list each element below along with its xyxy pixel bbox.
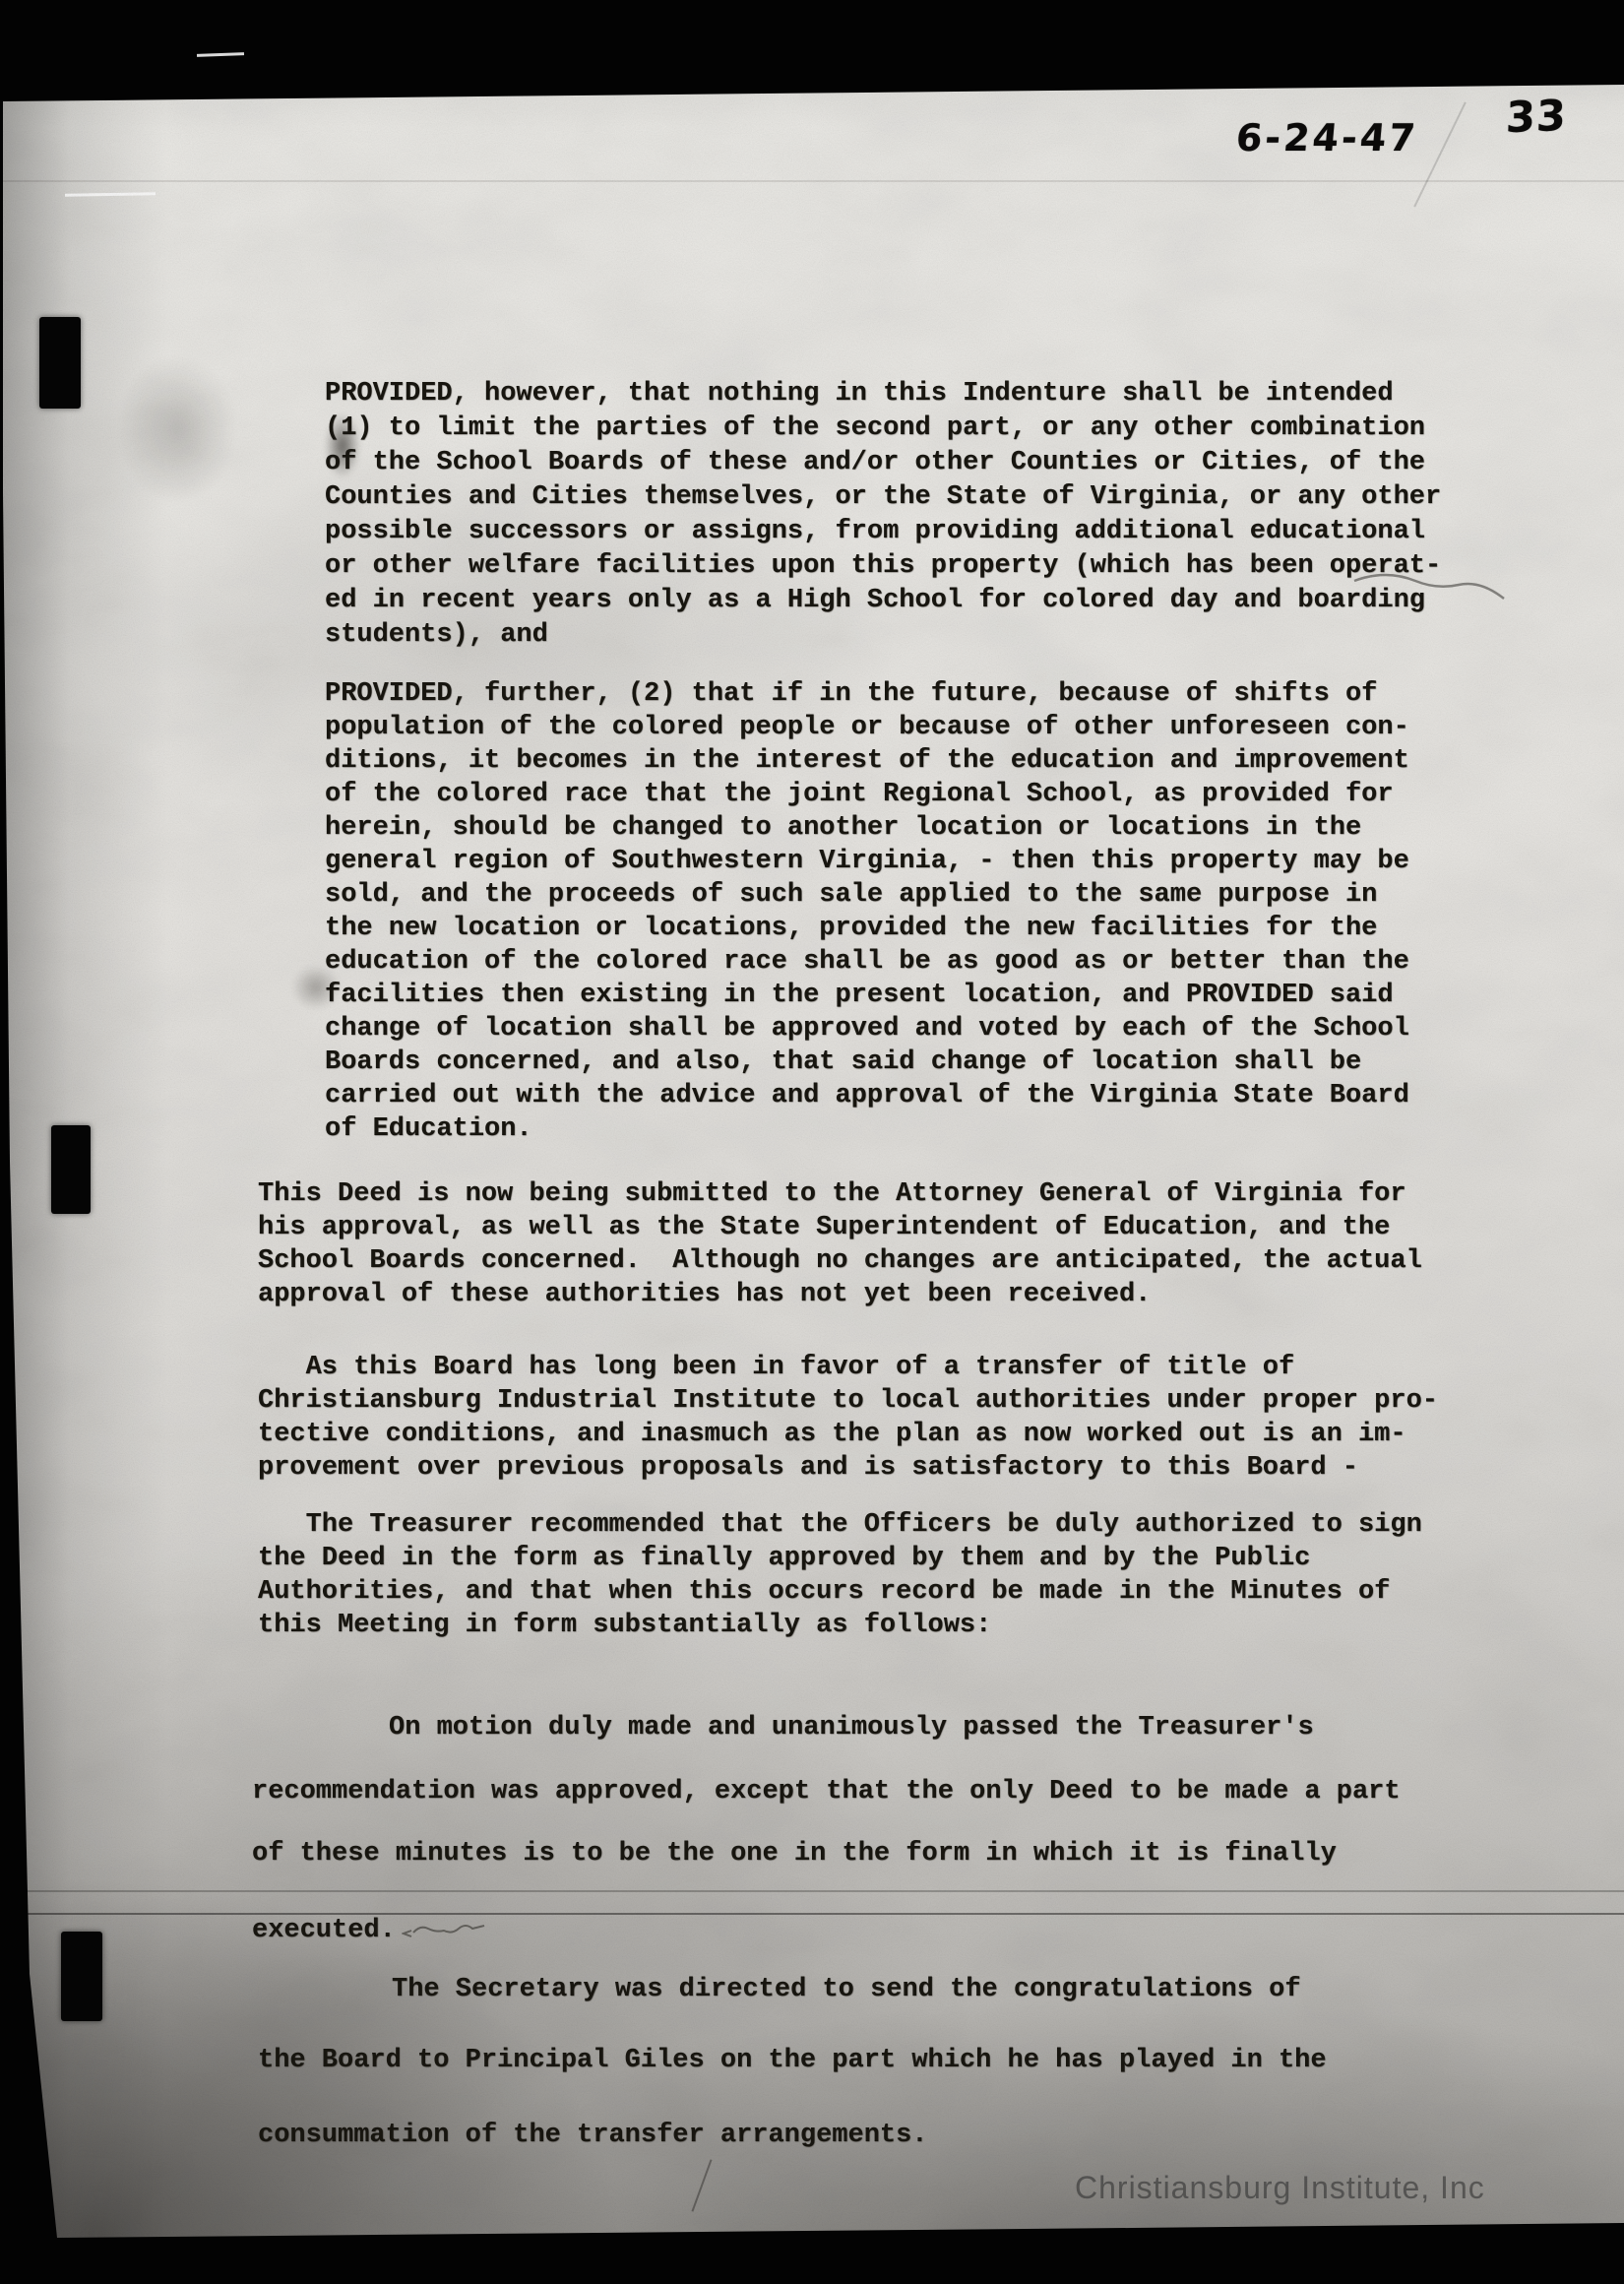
paper-sheet: 6-24-47 33 PROVIDED, however, that nothi… (0, 0, 1624, 2284)
ink-smudge (118, 354, 236, 502)
handwritten-date: 6-24-47 (1234, 116, 1420, 159)
scratch-mark (1413, 102, 1467, 208)
secretary-line-1: The Secretary was directed to send the c… (392, 1975, 1301, 2004)
crease-line (0, 1913, 1624, 1915)
paragraph-deed-submission: This Deed is now being submitted to the … (258, 1177, 1422, 1311)
punch-mark-top (39, 317, 81, 409)
motion-line-2: recommendation was approved, except that… (252, 1777, 1401, 1807)
white-scratch (197, 52, 244, 57)
motion-line-3: of these minutes is to be the one in the… (252, 1839, 1337, 1869)
secretary-line-3: consummation of the transfer arrangement… (258, 2121, 928, 2150)
paragraph-provided-2: PROVIDED, further, (2) that if in the fu… (325, 677, 1409, 1146)
paragraph-treasurer-recommendation: The Treasurer recommended that the Offic… (258, 1508, 1422, 1642)
crease-line (0, 180, 1624, 182)
archive-watermark: Christiansburg Institute, Inc (1075, 2170, 1485, 2206)
white-scratch (65, 192, 156, 197)
punch-mark-middle (51, 1125, 91, 1214)
scratch-mark (691, 2159, 712, 2211)
secretary-line-2: the Board to Principal Giles on the part… (258, 2046, 1327, 2075)
page-number: 33 (1505, 92, 1568, 143)
motion-line-4: executed. (252, 1916, 396, 1945)
paragraph-board-favor: As this Board has long been in favor of … (258, 1351, 1438, 1485)
pen-squiggle-icon (402, 1918, 486, 1943)
crease-line (0, 1890, 1624, 1892)
scanned-page: 6-24-47 33 PROVIDED, however, that nothi… (0, 0, 1624, 2284)
paragraph-provided-1: PROVIDED, however, that nothing in this … (325, 377, 1441, 653)
motion-line-1: On motion duly made and unanimously pass… (389, 1713, 1314, 1743)
punch-mark-bottom (61, 1932, 102, 2021)
